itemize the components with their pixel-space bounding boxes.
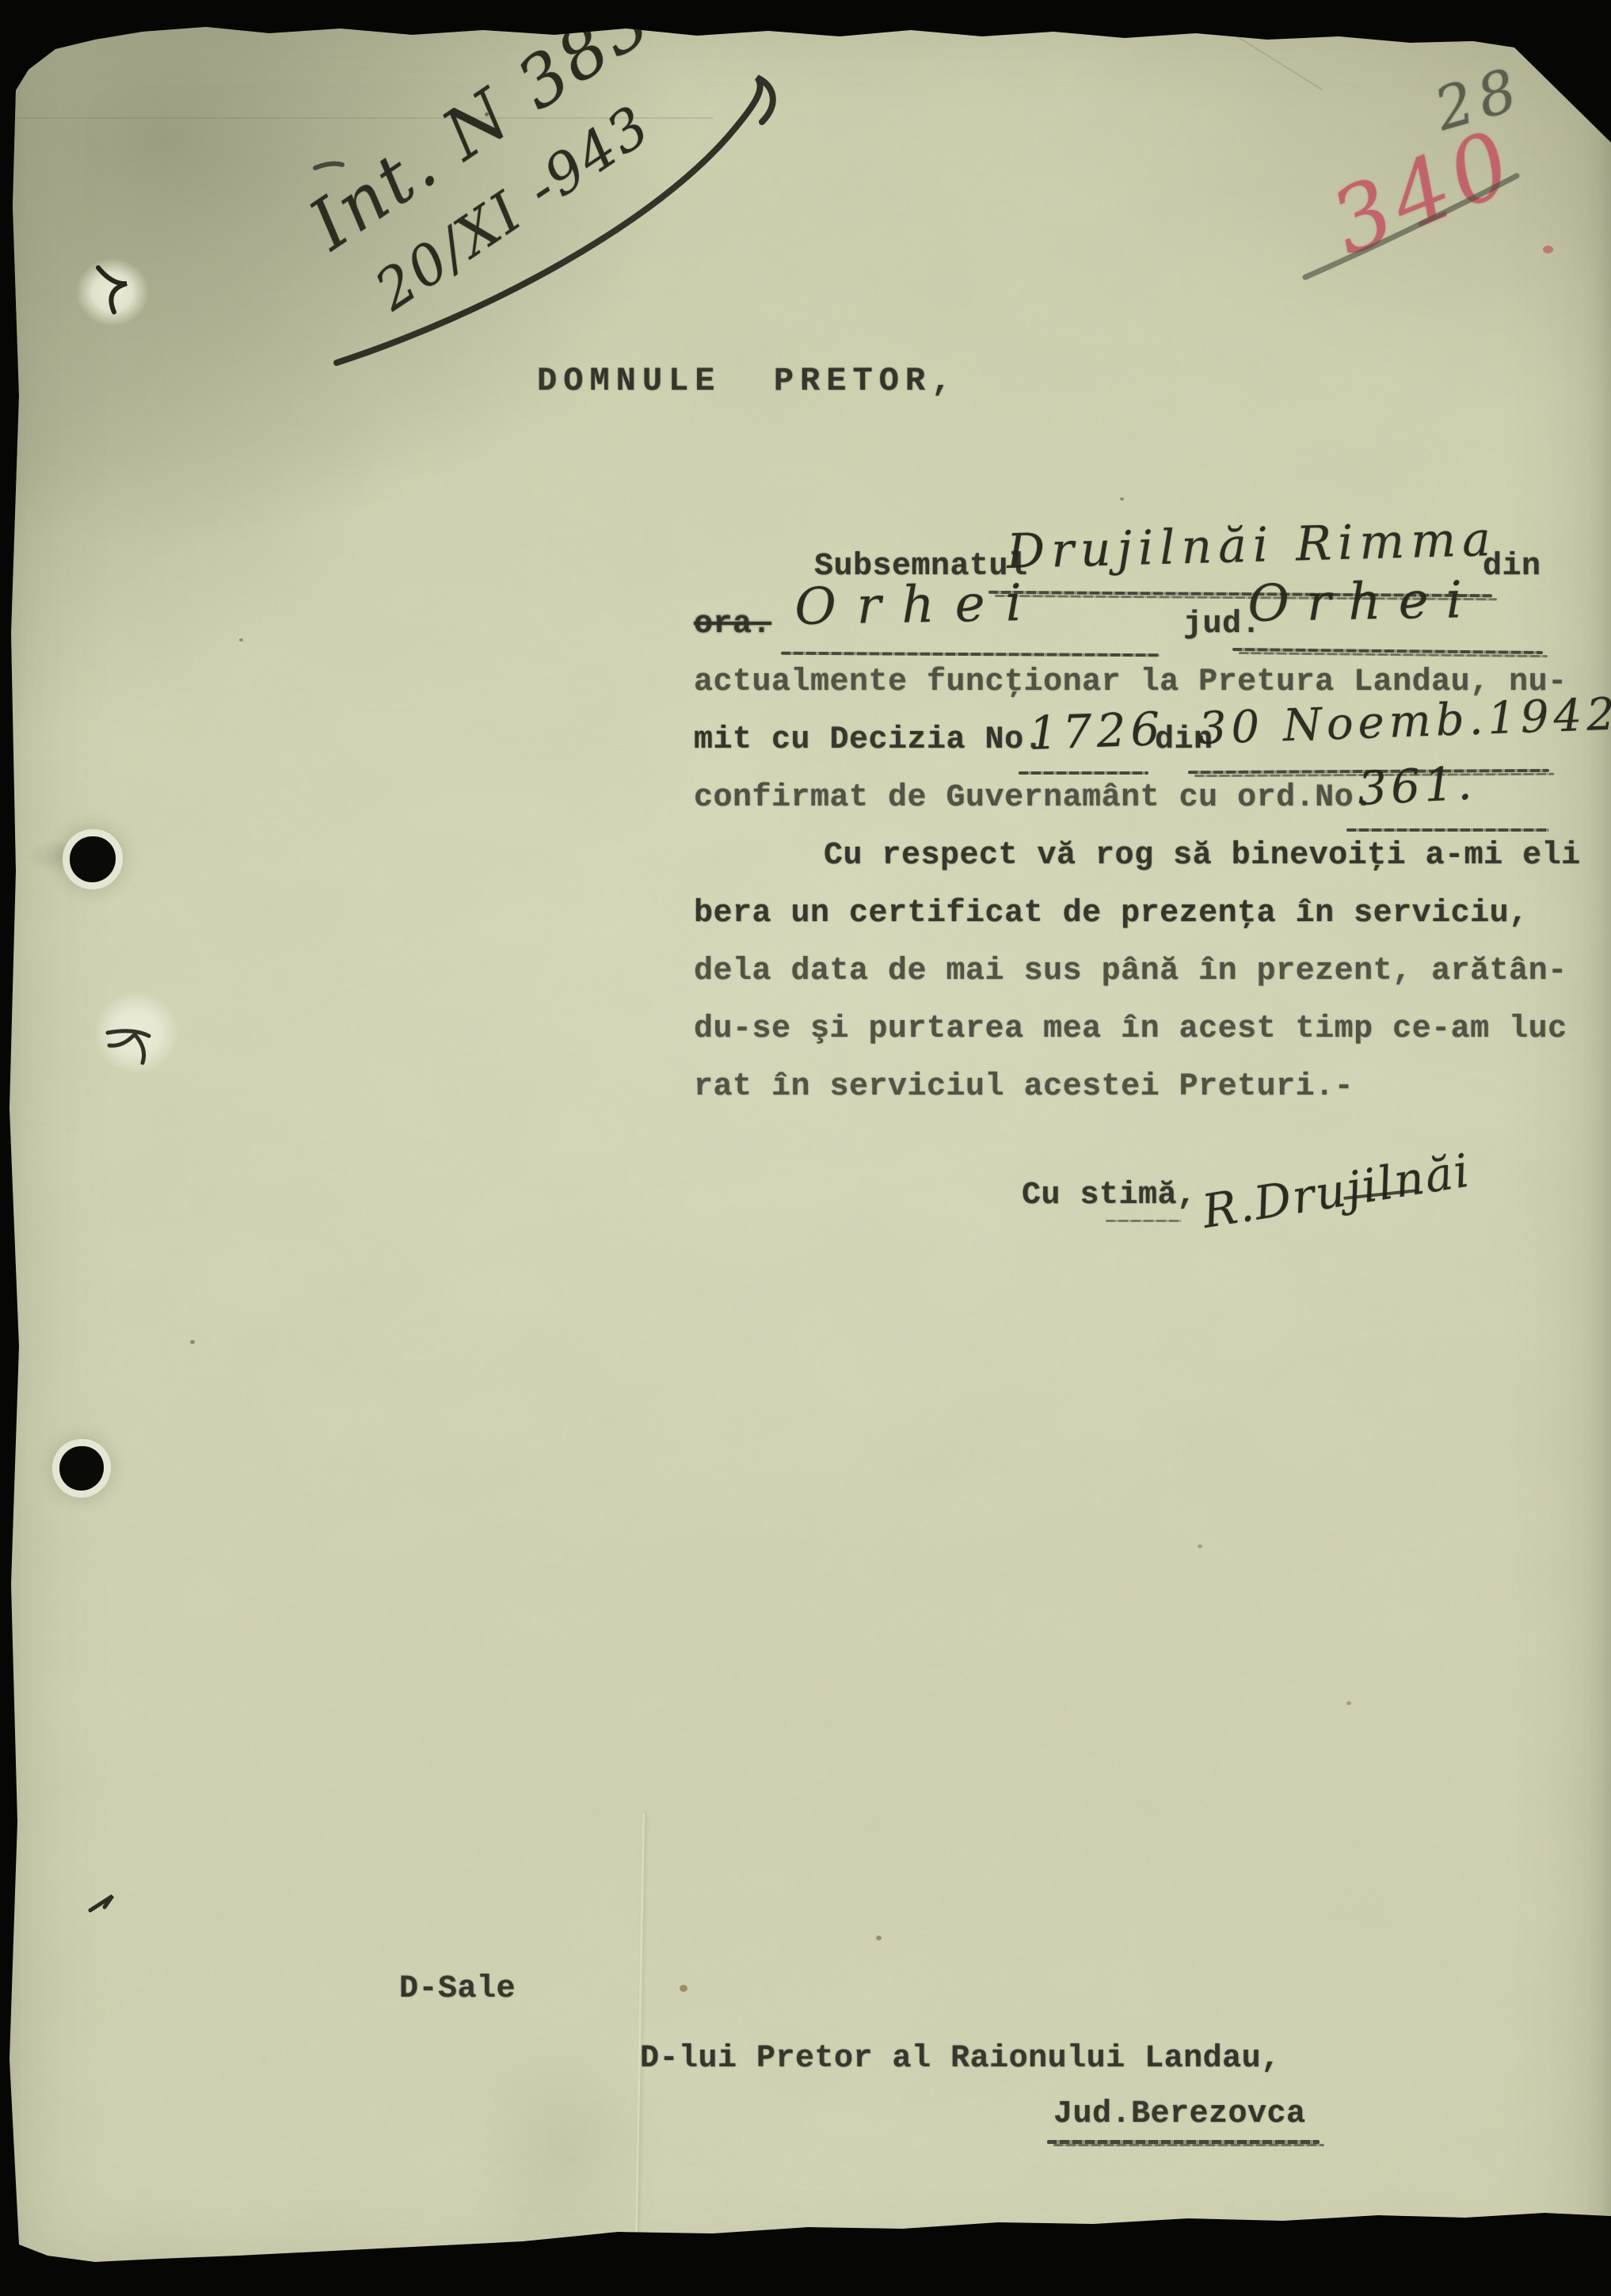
speck (1346, 1701, 1351, 1705)
fill-locality: Orhei (794, 574, 1043, 637)
speck (1198, 1544, 1202, 1548)
body-line10: rat în serviciul acestei Preturi.- (694, 1072, 1354, 1103)
speck (876, 1936, 882, 1940)
signature: R.Drujilnăi (1198, 1143, 1474, 1239)
torn-hole-middle (93, 992, 179, 1074)
punch-hole-upper (70, 836, 116, 882)
body-line5-pre: confirmat de Guvernamânt cu ord.No. (694, 782, 1373, 814)
edge-tick-mark (86, 1887, 133, 1923)
closing-phrase: Cu stimă, (1022, 1180, 1197, 1212)
underline-decision-number (1019, 771, 1148, 775)
speck (190, 1340, 195, 1344)
county-line: Jud.Berezovca (1053, 2099, 1306, 2130)
underline-closing (1106, 1220, 1182, 1222)
speck (680, 1985, 687, 1992)
body-line8: dela data de mai sus până în prezent, ar… (694, 956, 1567, 988)
ink-strokes (0, 0, 1611, 2296)
paper-sheet: Int. N 3839 20/XI -943 28 340 DOMNULE PR… (0, 0, 1611, 2296)
fill-decision-number: 1726 (1028, 702, 1166, 760)
torn-hole-top (76, 258, 149, 326)
body-line3: actualmente funcţionar la Pretura Landau… (694, 667, 1567, 699)
fill-order-number: 361. (1356, 756, 1476, 816)
fill-name: Drujilnăi Rimma (1006, 512, 1498, 580)
underline-county (1232, 648, 1543, 654)
underline-order-number (1346, 828, 1549, 832)
underline-locality (781, 652, 1160, 657)
body-line9: du-se şi purtarea mea în acest timp ce-a… (694, 1014, 1567, 1045)
speck (1120, 497, 1124, 501)
speck (485, 112, 489, 116)
underline-county-line (1047, 2140, 1320, 2144)
shade-bottom-band (459, 2028, 665, 2281)
paper-texture (0, 0, 1611, 2296)
scanned-letter-photo: Int. N 3839 20/XI -943 28 340 DOMNULE PR… (0, 0, 1611, 2296)
body-line7: bera un certificat de prezenţa în servic… (694, 898, 1529, 930)
speck (239, 638, 243, 642)
salutation: DOMNULE PRETOR, (537, 364, 958, 398)
fill-county: Orhei (1247, 571, 1480, 634)
punch-hole-lower (59, 1446, 104, 1491)
body-line4-pre: mit cu Decizia No. (694, 725, 1043, 756)
red-crayon-number: 340 (1317, 109, 1530, 276)
wrinkle-top-right (1148, 0, 1323, 91)
addressee-line: D-lui Pretor al Raionului Landau, (640, 2043, 1281, 2075)
red-crayon-dot (1543, 246, 1553, 253)
body-line6: Cu respect vă rog să binevoiţi a-mi eli (824, 840, 1581, 872)
addressee-intro: D-Sale (399, 1974, 516, 2005)
body-line2-struck: ora. (694, 609, 771, 641)
